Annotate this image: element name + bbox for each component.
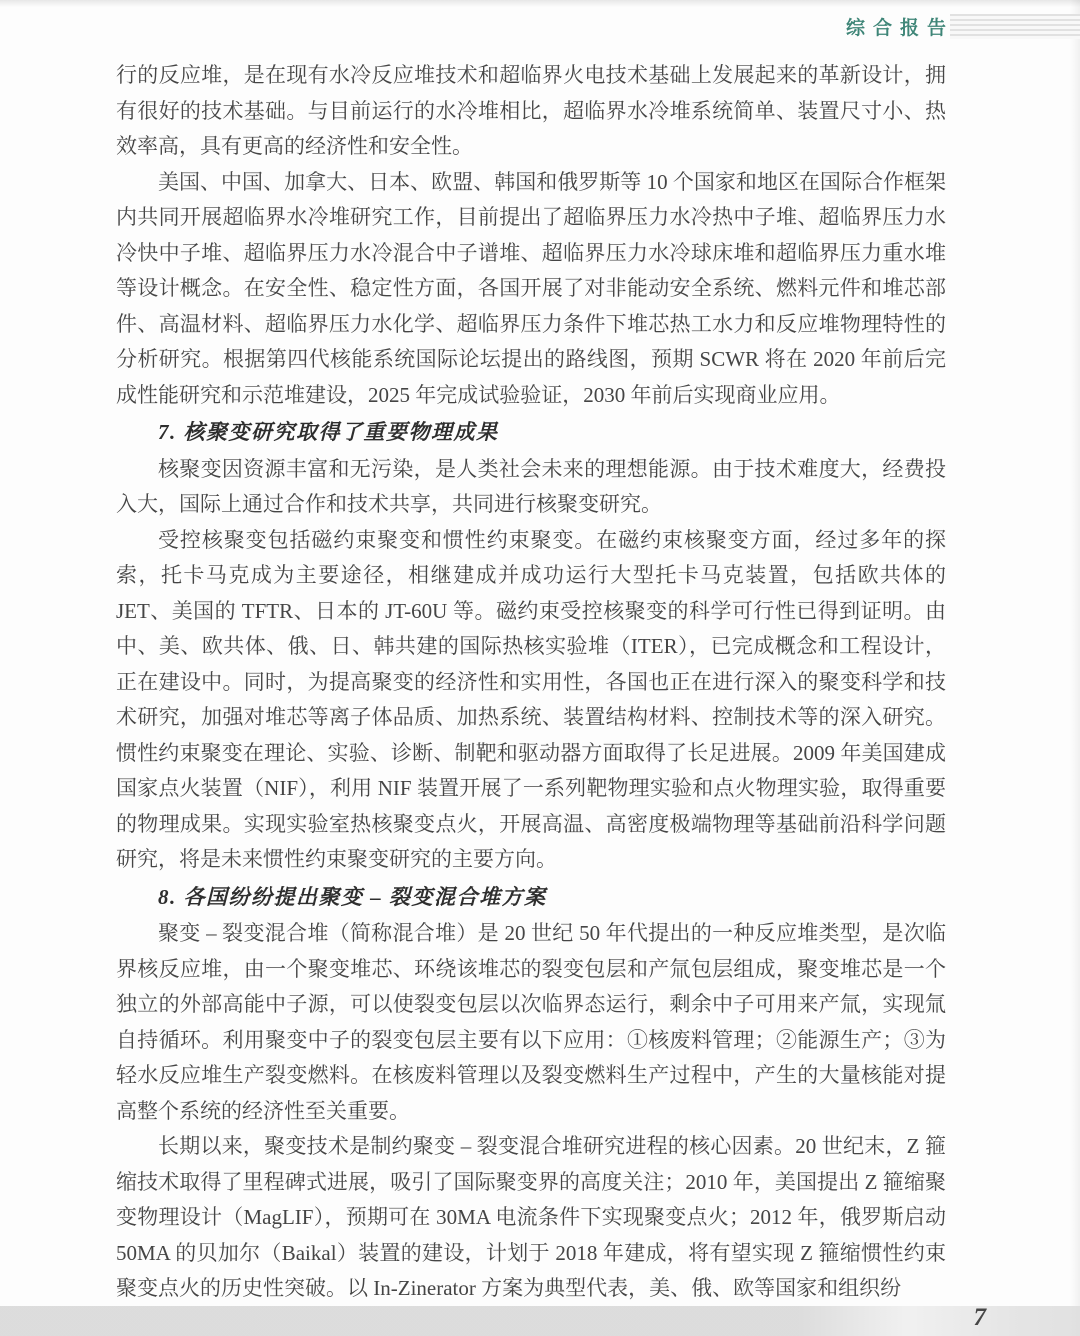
running-header: 综合报告	[0, 10, 1080, 40]
paragraph-fusion-ideal-energy: 核聚变因资源丰富和无污染，是人类社会未来的理想能源。由于技术难度大，经费投入大，…	[116, 452, 946, 523]
document-body: 行的反应堆，是在现有水冷反应堆技术和超临界火电技术基础上发展起来的革新设计，拥有…	[116, 58, 946, 1307]
header-rule-decoration	[950, 14, 1080, 39]
section-heading-8-hybrid-reactor: 8. 各国纷纷提出聚变 – 裂变混合堆方案	[116, 880, 946, 916]
scanned-document-page: 综合报告 行的反应堆，是在现有水冷反应堆技术和超临界火电技术基础上发展起来的革新…	[0, 0, 1080, 1336]
running-header-title: 综合报告	[846, 13, 954, 40]
scan-bottom-edge-shadow	[0, 1306, 1080, 1336]
paragraph-z-pinch-progress: 长期以来，聚变技术是制约聚变 – 裂变混合堆研究进程的核心因素。20 世纪末，Z…	[116, 1129, 946, 1307]
paragraph-fusion-research-progress: 受控核聚变包括磁约束聚变和惯性约束聚变。在磁约束核聚变方面，经过多年的探索，托卡…	[116, 523, 946, 878]
scan-top-edge-shadow	[0, 0, 1080, 7]
scan-right-edge-shadow	[1070, 0, 1080, 1336]
page-number: 7	[974, 1304, 987, 1332]
paragraph-hybrid-reactor-concept: 聚变 – 裂变混合堆（简称混合堆）是 20 世纪 50 年代提出的一种反应堆类型…	[116, 916, 946, 1129]
section-heading-7-fusion-results: 7. 核聚变研究取得了重要物理成果	[116, 415, 946, 451]
paragraph-scwr-continued: 行的反应堆，是在现有水冷反应堆技术和超临界火电技术基础上发展起来的革新设计，拥有…	[116, 58, 946, 165]
paragraph-scwr-international-cooperation: 美国、中国、加拿大、日本、欧盟、韩国和俄罗斯等 10 个国家和地区在国际合作框架…	[116, 165, 946, 414]
